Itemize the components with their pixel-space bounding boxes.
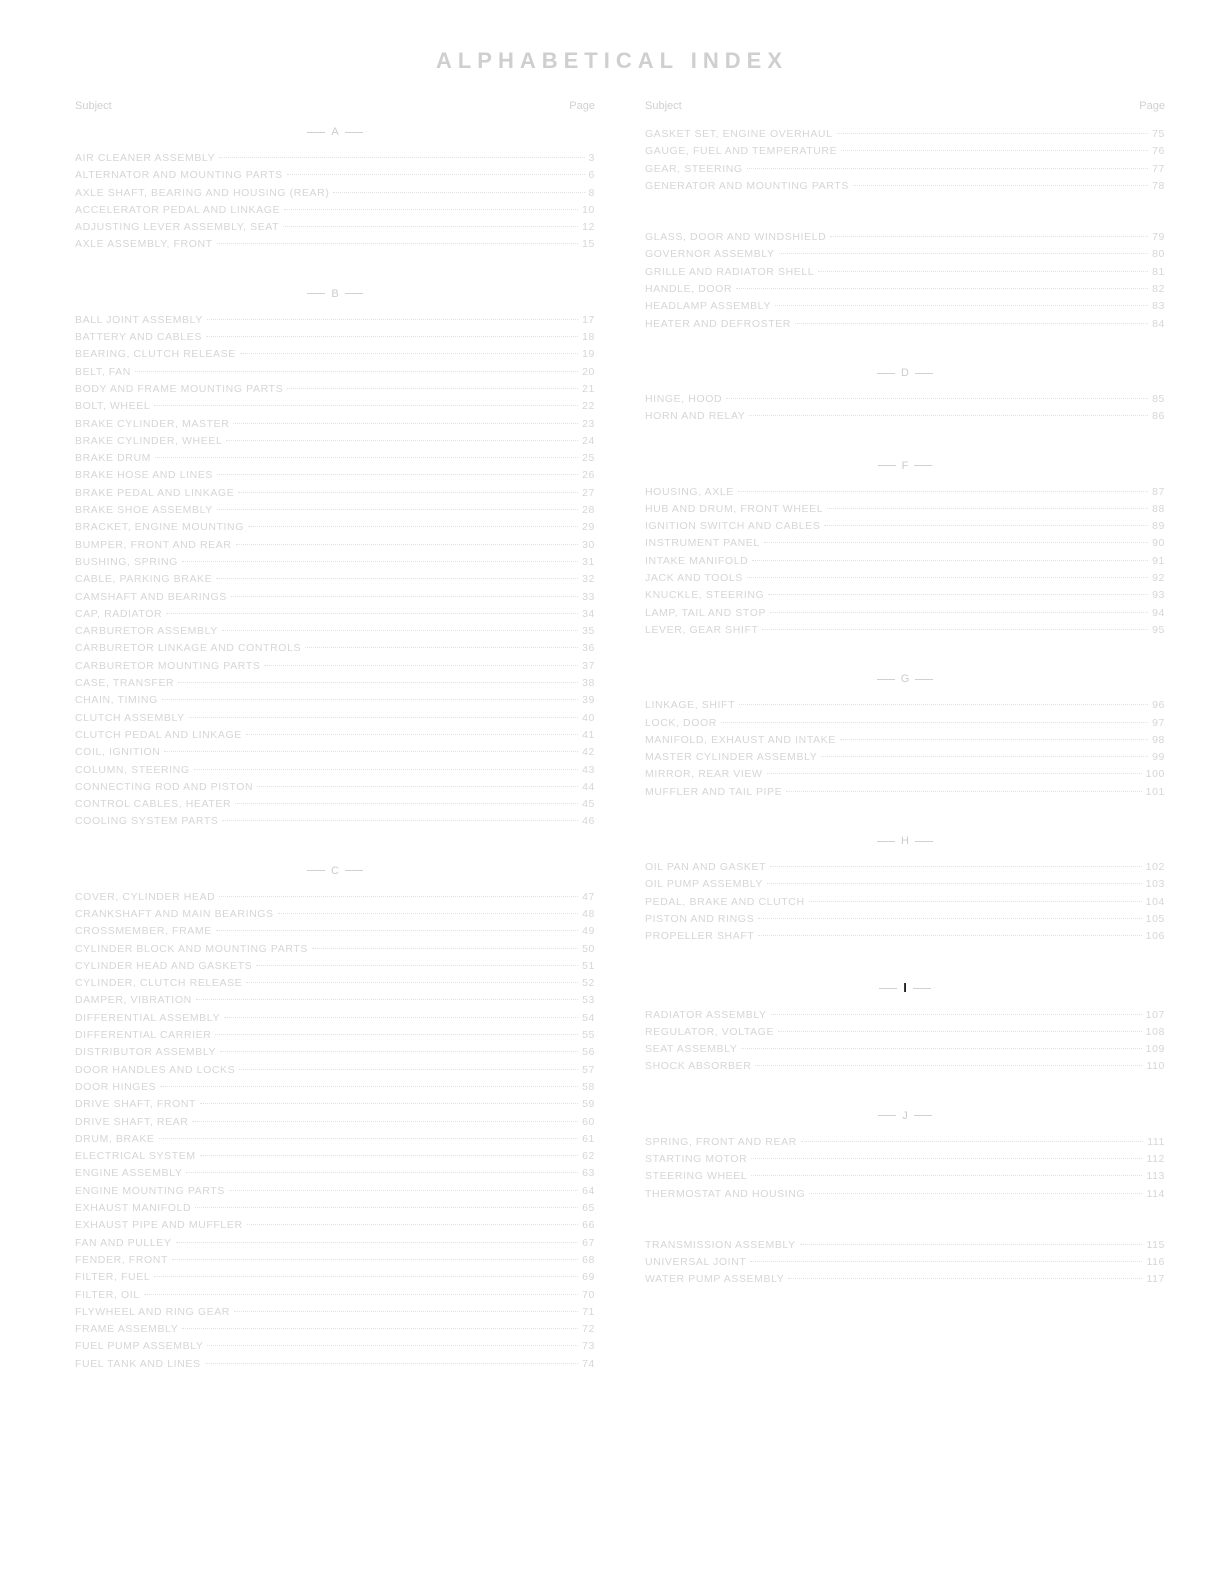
entry-subject: CYLINDER BLOCK AND MOUNTING PARTS [75,941,308,958]
entry-page: 6 [589,167,595,184]
dot-leader [135,371,578,372]
index-entry: RADIATOR ASSEMBLY107 [645,1007,1165,1024]
index-section: GLINKAGE, SHIFT96LOCK, DOOR97MANIFOLD, E… [645,673,1165,801]
dot-leader [738,491,1148,492]
entry-subject: BRAKE PEDAL AND LINKAGE [75,485,234,502]
entry-page: 70 [582,1287,595,1304]
entry-subject: HORN AND RELAY [645,408,745,425]
dot-leader [215,1034,578,1035]
entry-subject: STEERING WHEEL [645,1168,747,1185]
dot-leader [741,1048,1141,1049]
entry-page: 107 [1146,1007,1165,1024]
entry-page: 83 [1152,298,1165,315]
dot-leader [207,319,578,320]
entry-page: 43 [582,762,595,779]
section-letter-heading: F [645,460,1165,472]
dot-leader [240,353,578,354]
entry-subject: REGULATOR, VOLTAGE [645,1024,774,1041]
index-entry: CYLINDER, CLUTCH RELEASE52 [75,975,595,992]
entry-subject: HOUSING, AXLE [645,484,734,501]
entry-subject: JACK AND TOOLS [645,570,743,587]
index-entry: CASE, TRANSFER38 [75,675,595,692]
entry-page: 20 [582,364,595,381]
entry-page: 101 [1146,784,1165,801]
entry-page: 85 [1152,391,1165,408]
dot-leader [186,1172,578,1173]
dot-leader [739,704,1148,705]
entry-subject: OIL PUMP ASSEMBLY [645,876,763,893]
index-entry: BELT, FAN20 [75,364,595,381]
entry-subject: BRAKE CYLINDER, WHEEL [75,433,222,450]
entry-page: 71 [582,1304,595,1321]
entry-page: 49 [582,923,595,940]
index-entry: BRACKET, ENGINE MOUNTING29 [75,519,595,536]
index-entry: AXLE ASSEMBLY, FRONT15 [75,236,595,253]
entry-subject: CROSSMEMBER, FRAME [75,923,212,940]
index-entry: LINKAGE, SHIFT96 [645,697,1165,714]
entry-subject: UNIVERSAL JOINT [645,1254,746,1271]
entry-page: 74 [582,1356,595,1373]
dot-leader [247,1224,578,1225]
entry-subject: MUFFLER AND TAIL PIPE [645,784,782,801]
entry-page: 53 [582,992,595,1009]
dot-leader [767,883,1142,884]
entry-page: 22 [582,398,595,415]
dot-leader [755,1065,1142,1066]
index-entry: ACCELERATOR PEDAL AND LINKAGE10 [75,202,595,219]
entry-subject: GASKET SET, ENGINE OVERHAUL [645,126,833,143]
entry-page: 21 [582,381,595,398]
dot-leader [837,133,1149,134]
dot-leader [809,1193,1142,1194]
index-entry: PISTON AND RINGS105 [645,911,1165,928]
entry-subject: FENDER, FRONT [75,1252,168,1269]
entry-page: 87 [1152,484,1165,501]
index-entry: CYLINDER HEAD AND GASKETS51 [75,958,595,975]
entry-page: 60 [582,1114,595,1131]
index-entry: DOOR HANDLES AND LOCKS57 [75,1062,595,1079]
dot-leader [154,1276,578,1277]
entry-page: 51 [582,958,595,975]
entry-subject: MANIFOLD, EXHAUST AND INTAKE [645,732,836,749]
index-entry: EXHAUST MANIFOLD65 [75,1200,595,1217]
entry-subject: LINKAGE, SHIFT [645,697,735,714]
index-section: BBALL JOINT ASSEMBLY17BATTERY AND CABLES… [75,288,595,831]
entry-page: 56 [582,1044,595,1061]
entry-subject: FILTER, OIL [75,1287,140,1304]
entry-page: 75 [1152,126,1165,143]
index-entry: CARBURETOR LINKAGE AND CONTROLS36 [75,640,595,657]
index-entry: FRAME ASSEMBLY72 [75,1321,595,1338]
entry-subject: RADIATOR ASSEMBLY [645,1007,767,1024]
entry-subject: LOCK, DOOR [645,715,717,732]
entry-page: 38 [582,675,595,692]
index-entry: COOLING SYSTEM PARTS46 [75,813,595,830]
entry-page: 52 [582,975,595,992]
index-entry: MIRROR, REAR VIEW100 [645,766,1165,783]
index-entry: BODY AND FRAME MOUNTING PARTS21 [75,381,595,398]
entry-page: 90 [1152,535,1165,552]
entry-page: 58 [582,1079,595,1096]
dot-leader [801,1141,1143,1142]
subject-header: Subject [75,100,112,112]
dot-leader [758,918,1141,919]
entry-page: 30 [582,537,595,554]
index-section: GASKET SET, ENGINE OVERHAUL75GAUGE, FUEL… [645,126,1165,195]
index-entry: CLUTCH ASSEMBLY40 [75,710,595,727]
entry-subject: BOLT, WHEEL [75,398,150,415]
index-entry: DIFFERENTIAL CARRIER55 [75,1027,595,1044]
entry-page: 45 [582,796,595,813]
index-entry: GRILLE AND RADIATOR SHELL81 [645,264,1165,281]
entry-subject: COLUMN, STEERING [75,762,190,779]
index-section: HOIL PAN AND GASKET102OIL PUMP ASSEMBLY1… [645,835,1165,945]
index-entry: OIL PAN AND GASKET102 [645,859,1165,876]
entry-subject: COIL, IGNITION [75,744,160,761]
entry-subject: CASE, TRANSFER [75,675,174,692]
dot-leader [758,935,1141,936]
dot-leader [164,751,578,752]
index-entry: DIFFERENTIAL ASSEMBLY54 [75,1010,595,1027]
entry-subject: AIR CLEANER ASSEMBLY [75,150,215,167]
entry-page: 81 [1152,264,1165,281]
entry-subject: SEAT ASSEMBLY [645,1041,737,1058]
dot-leader [195,1207,578,1208]
section-letter-heading: I [645,980,1165,995]
index-entry: GENERATOR AND MOUNTING PARTS78 [645,178,1165,195]
index-section: GLASS, DOOR AND WINDSHIELD79GOVERNOR ASS… [645,229,1165,333]
index-section: JSPRING, FRONT AND REAR111STARTING MOTOR… [645,1110,1165,1203]
entry-subject: HEADLAMP ASSEMBLY [645,298,771,315]
entry-page: 33 [582,589,595,606]
entry-page: 23 [582,416,595,433]
entry-page: 37 [582,658,595,675]
dot-leader [200,1155,578,1156]
entry-page: 63 [582,1165,595,1182]
entry-page: 8 [589,185,595,202]
index-entry: CAMSHAFT AND BEARINGS33 [75,589,595,606]
entry-subject: CARBURETOR ASSEMBLY [75,623,218,640]
index-entry: IGNITION SWITCH AND CABLES89 [645,518,1165,535]
index-entry: BOLT, WHEEL22 [75,398,595,415]
entry-subject: PROPELLER SHAFT [645,928,754,945]
section-letter-heading: A [75,126,595,138]
index-entry: COVER, CYLINDER HEAD47 [75,889,595,906]
entry-subject: ACCELERATOR PEDAL AND LINKAGE [75,202,280,219]
dot-leader [788,1278,1142,1279]
entry-subject: CRANKSHAFT AND MAIN BEARINGS [75,906,274,923]
index-entry: CRANKSHAFT AND MAIN BEARINGS48 [75,906,595,923]
entry-subject: FAN AND PULLEY [75,1235,172,1252]
entry-page: 67 [582,1235,595,1252]
entry-page: 3 [589,150,595,167]
entry-page: 103 [1146,876,1165,893]
entry-page: 68 [582,1252,595,1269]
entry-page: 105 [1146,911,1165,928]
entry-page: 73 [582,1338,595,1355]
section-letter-heading: H [645,835,1165,847]
index-section: DHINGE, HOOD85HORN AND RELAY86 [645,367,1165,426]
index-entry: JACK AND TOOLS92 [645,570,1165,587]
index-entry: BRAKE DRUM25 [75,450,595,467]
dot-leader [818,271,1148,272]
dot-leader [795,323,1148,324]
entry-page: 92 [1152,570,1165,587]
entry-page: 111 [1147,1134,1165,1151]
entry-subject: DOOR HANDLES AND LOCKS [75,1062,235,1079]
entry-subject: TRANSMISSION ASSEMBLY [645,1237,796,1254]
entry-subject: LAMP, TAIL AND STOP [645,605,766,622]
index-entry: FILTER, FUEL69 [75,1269,595,1286]
dot-leader [840,739,1148,740]
section-letter-heading: D [645,367,1165,379]
entry-page: 69 [582,1269,595,1286]
dot-leader [216,578,578,579]
dot-leader [236,544,579,545]
dot-leader [207,1345,578,1346]
entry-page: 104 [1146,894,1165,911]
dot-leader [239,1069,578,1070]
entry-page: 12 [582,219,595,236]
entry-subject: CONTROL CABLES, HEATER [75,796,231,813]
dot-leader [256,965,578,966]
dot-leader [159,1138,579,1139]
dot-leader [178,682,578,683]
dot-leader [206,336,578,337]
entry-subject: GENERATOR AND MOUNTING PARTS [645,178,849,195]
index-entry: CHAIN, TIMING39 [75,692,595,709]
index-entry: LOCK, DOOR97 [645,715,1165,732]
index-entry: COLUMN, STEERING43 [75,762,595,779]
index-entry: BEARING, CLUTCH RELEASE19 [75,346,595,363]
index-entry: SHOCK ABSORBER110 [645,1058,1165,1075]
index-entry: LAMP, TAIL AND STOP94 [645,605,1165,622]
index-entry: KNUCKLE, STEERING93 [645,587,1165,604]
dot-leader [176,1242,579,1243]
dot-leader [821,756,1148,757]
index-entry: CONNECTING ROD AND PISTON44 [75,779,595,796]
entry-page: 100 [1146,766,1165,783]
entry-page: 48 [582,906,595,923]
entry-subject: DRIVE SHAFT, REAR [75,1114,188,1131]
dot-leader [233,423,578,424]
dot-leader [283,226,578,227]
dot-leader [771,1014,1142,1015]
entry-page: 59 [582,1096,595,1113]
dot-leader [305,647,578,648]
section-letter-heading: C [75,865,595,877]
entry-subject: CYLINDER HEAD AND GASKETS [75,958,252,975]
index-entry: INTAKE MANIFOLD91 [645,553,1165,570]
index-entry: AXLE SHAFT, BEARING AND HOUSING (REAR)8 [75,185,595,202]
entry-page: 88 [1152,501,1165,518]
entry-subject: ELECTRICAL SYSTEM [75,1148,196,1165]
dot-leader [226,440,578,441]
index-entry: COIL, IGNITION42 [75,744,595,761]
entry-subject: DIFFERENTIAL CARRIER [75,1027,211,1044]
entry-page: 41 [582,727,595,744]
index-entry: FLYWHEEL AND RING GEAR71 [75,1304,595,1321]
entry-subject: FRAME ASSEMBLY [75,1321,178,1338]
index-section: CCOVER, CYLINDER HEAD47CRANKSHAFT AND MA… [75,865,595,1373]
entry-subject: IGNITION SWITCH AND CABLES [645,518,820,535]
entry-subject: FLYWHEEL AND RING GEAR [75,1304,230,1321]
dot-leader [217,509,578,510]
index-entry: FUEL PUMP ASSEMBLY73 [75,1338,595,1355]
entry-page: 40 [582,710,595,727]
entry-subject: MIRROR, REAR VIEW [645,766,763,783]
entry-subject: CARBURETOR MOUNTING PARTS [75,658,260,675]
dot-leader [231,596,578,597]
page-header: Page [569,100,595,112]
dot-leader [770,866,1142,867]
index-entry: GLASS, DOOR AND WINDSHIELD79 [645,229,1165,246]
entry-subject: DRUM, BRAKE [75,1131,155,1148]
dot-leader [768,594,1148,595]
entry-page: 31 [582,554,595,571]
entry-page: 108 [1146,1024,1165,1041]
entry-page: 15 [582,236,595,253]
entry-page: 42 [582,744,595,761]
dot-leader [160,1086,578,1087]
entry-page: 46 [582,813,595,830]
entry-page: 89 [1152,518,1165,535]
dot-leader [752,560,1148,561]
entry-subject: INSTRUMENT PANEL [645,535,760,552]
entry-subject: DAMPER, VIBRATION [75,992,192,1009]
dot-leader [853,185,1148,186]
entry-page: 47 [582,889,595,906]
index-entry: HOUSING, AXLE87 [645,484,1165,501]
index-entry: CARBURETOR MOUNTING PARTS37 [75,658,595,675]
entry-page: 44 [582,779,595,796]
entry-page: 62 [582,1148,595,1165]
index-entry: BALL JOINT ASSEMBLY17 [75,312,595,329]
index-entry: SPRING, FRONT AND REAR111 [645,1134,1165,1151]
index-entry: BRAKE HOSE AND LINES26 [75,467,595,484]
entry-subject: BATTERY AND CABLES [75,329,202,346]
entry-subject: COOLING SYSTEM PARTS [75,813,218,830]
dot-leader [246,734,578,735]
entry-subject: BEARING, CLUTCH RELEASE [75,346,236,363]
entry-page: 29 [582,519,595,536]
entry-subject: GOVERNOR ASSEMBLY [645,246,775,263]
index-entry: EXHAUST PIPE AND MUFFLER66 [75,1217,595,1234]
dot-leader [736,288,1148,289]
dot-leader [264,665,578,666]
index-entry: TRANSMISSION ASSEMBLY115 [645,1237,1165,1254]
index-entry: HINGE, HOOD85 [645,391,1165,408]
entry-subject: BRAKE CYLINDER, MASTER [75,416,229,433]
index-entry: PROPELLER SHAFT106 [645,928,1165,945]
entry-subject: ADJUSTING LEVER ASSEMBLY, SEAT [75,219,279,236]
entry-page: 66 [582,1217,595,1234]
index-entry: HORN AND RELAY86 [645,408,1165,425]
dot-leader [172,1259,578,1260]
dot-leader [234,1311,578,1312]
entry-page: 72 [582,1321,595,1338]
index-entry: HANDLE, DOOR82 [645,281,1165,298]
index-entry: DISTRIBUTOR ASSEMBLY56 [75,1044,595,1061]
entry-subject: BRAKE HOSE AND LINES [75,467,213,484]
entry-subject: ENGINE MOUNTING PARTS [75,1183,225,1200]
dot-leader [287,388,578,389]
entry-subject: BELT, FAN [75,364,131,381]
index-entry: FILTER, OIL70 [75,1287,595,1304]
entry-page: 109 [1146,1041,1165,1058]
entry-subject: SPRING, FRONT AND REAR [645,1134,797,1151]
entry-subject: BUMPER, FRONT AND REAR [75,537,232,554]
dot-leader [841,150,1148,151]
index-section: AAIR CLEANER ASSEMBLY3ALTERNATOR AND MOU… [75,126,595,254]
entry-subject: FILTER, FUEL [75,1269,150,1286]
index-entry: HEATER AND DEFROSTER84 [645,316,1165,333]
entry-page: 18 [582,329,595,346]
entry-page: 110 [1146,1058,1165,1075]
index-column-right: Subject Page GASKET SET, ENGINE OVERHAUL… [645,100,1165,1323]
entry-page: 115 [1146,1237,1165,1254]
index-entry: INSTRUMENT PANEL90 [645,535,1165,552]
dot-leader [235,803,578,804]
index-entry: MASTER CYLINDER ASSEMBLY99 [645,749,1165,766]
dot-leader [196,999,578,1000]
entry-page: 78 [1152,178,1165,195]
index-entry: LEVER, GEAR SHIFT95 [645,622,1165,639]
entry-page: 86 [1152,408,1165,425]
entry-subject: HANDLE, DOOR [645,281,732,298]
entry-subject: ENGINE ASSEMBLY [75,1165,182,1182]
dot-leader [747,577,1148,578]
entry-subject: KNUCKLE, STEERING [645,587,764,604]
dot-leader [287,174,585,175]
dot-leader [721,722,1148,723]
dot-leader [154,405,578,406]
dot-leader [182,1328,578,1329]
index-entry: CABLE, PARKING BRAKE32 [75,571,595,588]
entry-subject: HINGE, HOOD [645,391,722,408]
section-letter-heading: G [645,673,1165,685]
entry-page: 32 [582,571,595,588]
dot-leader [246,982,578,983]
dot-leader [224,1017,578,1018]
dot-leader [238,492,578,493]
index-entry: DAMPER, VIBRATION53 [75,992,595,1009]
entry-subject: FUEL TANK AND LINES [75,1356,201,1373]
page-header: Page [1139,100,1165,112]
index-entry: GAUGE, FUEL AND TEMPERATURE76 [645,143,1165,160]
index-entry: BUSHING, SPRING31 [75,554,595,571]
column-header: Subject Page [645,100,1165,112]
index-entry: DRUM, BRAKE61 [75,1131,595,1148]
dot-leader [809,901,1142,902]
dot-leader [194,769,578,770]
dot-leader [257,786,578,787]
dot-leader [278,913,578,914]
index-entry: SEAT ASSEMBLY109 [645,1041,1165,1058]
entry-page: 27 [582,485,595,502]
dot-leader [162,699,578,700]
dot-leader [751,1175,1142,1176]
entry-subject: CLUTCH ASSEMBLY [75,710,185,727]
entry-page: 82 [1152,281,1165,298]
entry-subject: BALL JOINT ASSEMBLY [75,312,203,329]
entry-page: 93 [1152,587,1165,604]
index-entry: BATTERY AND CABLES18 [75,329,595,346]
dot-leader [200,1103,578,1104]
dot-leader [220,1051,578,1052]
entry-page: 117 [1146,1271,1165,1288]
index-entry: GOVERNOR ASSEMBLY80 [645,246,1165,263]
